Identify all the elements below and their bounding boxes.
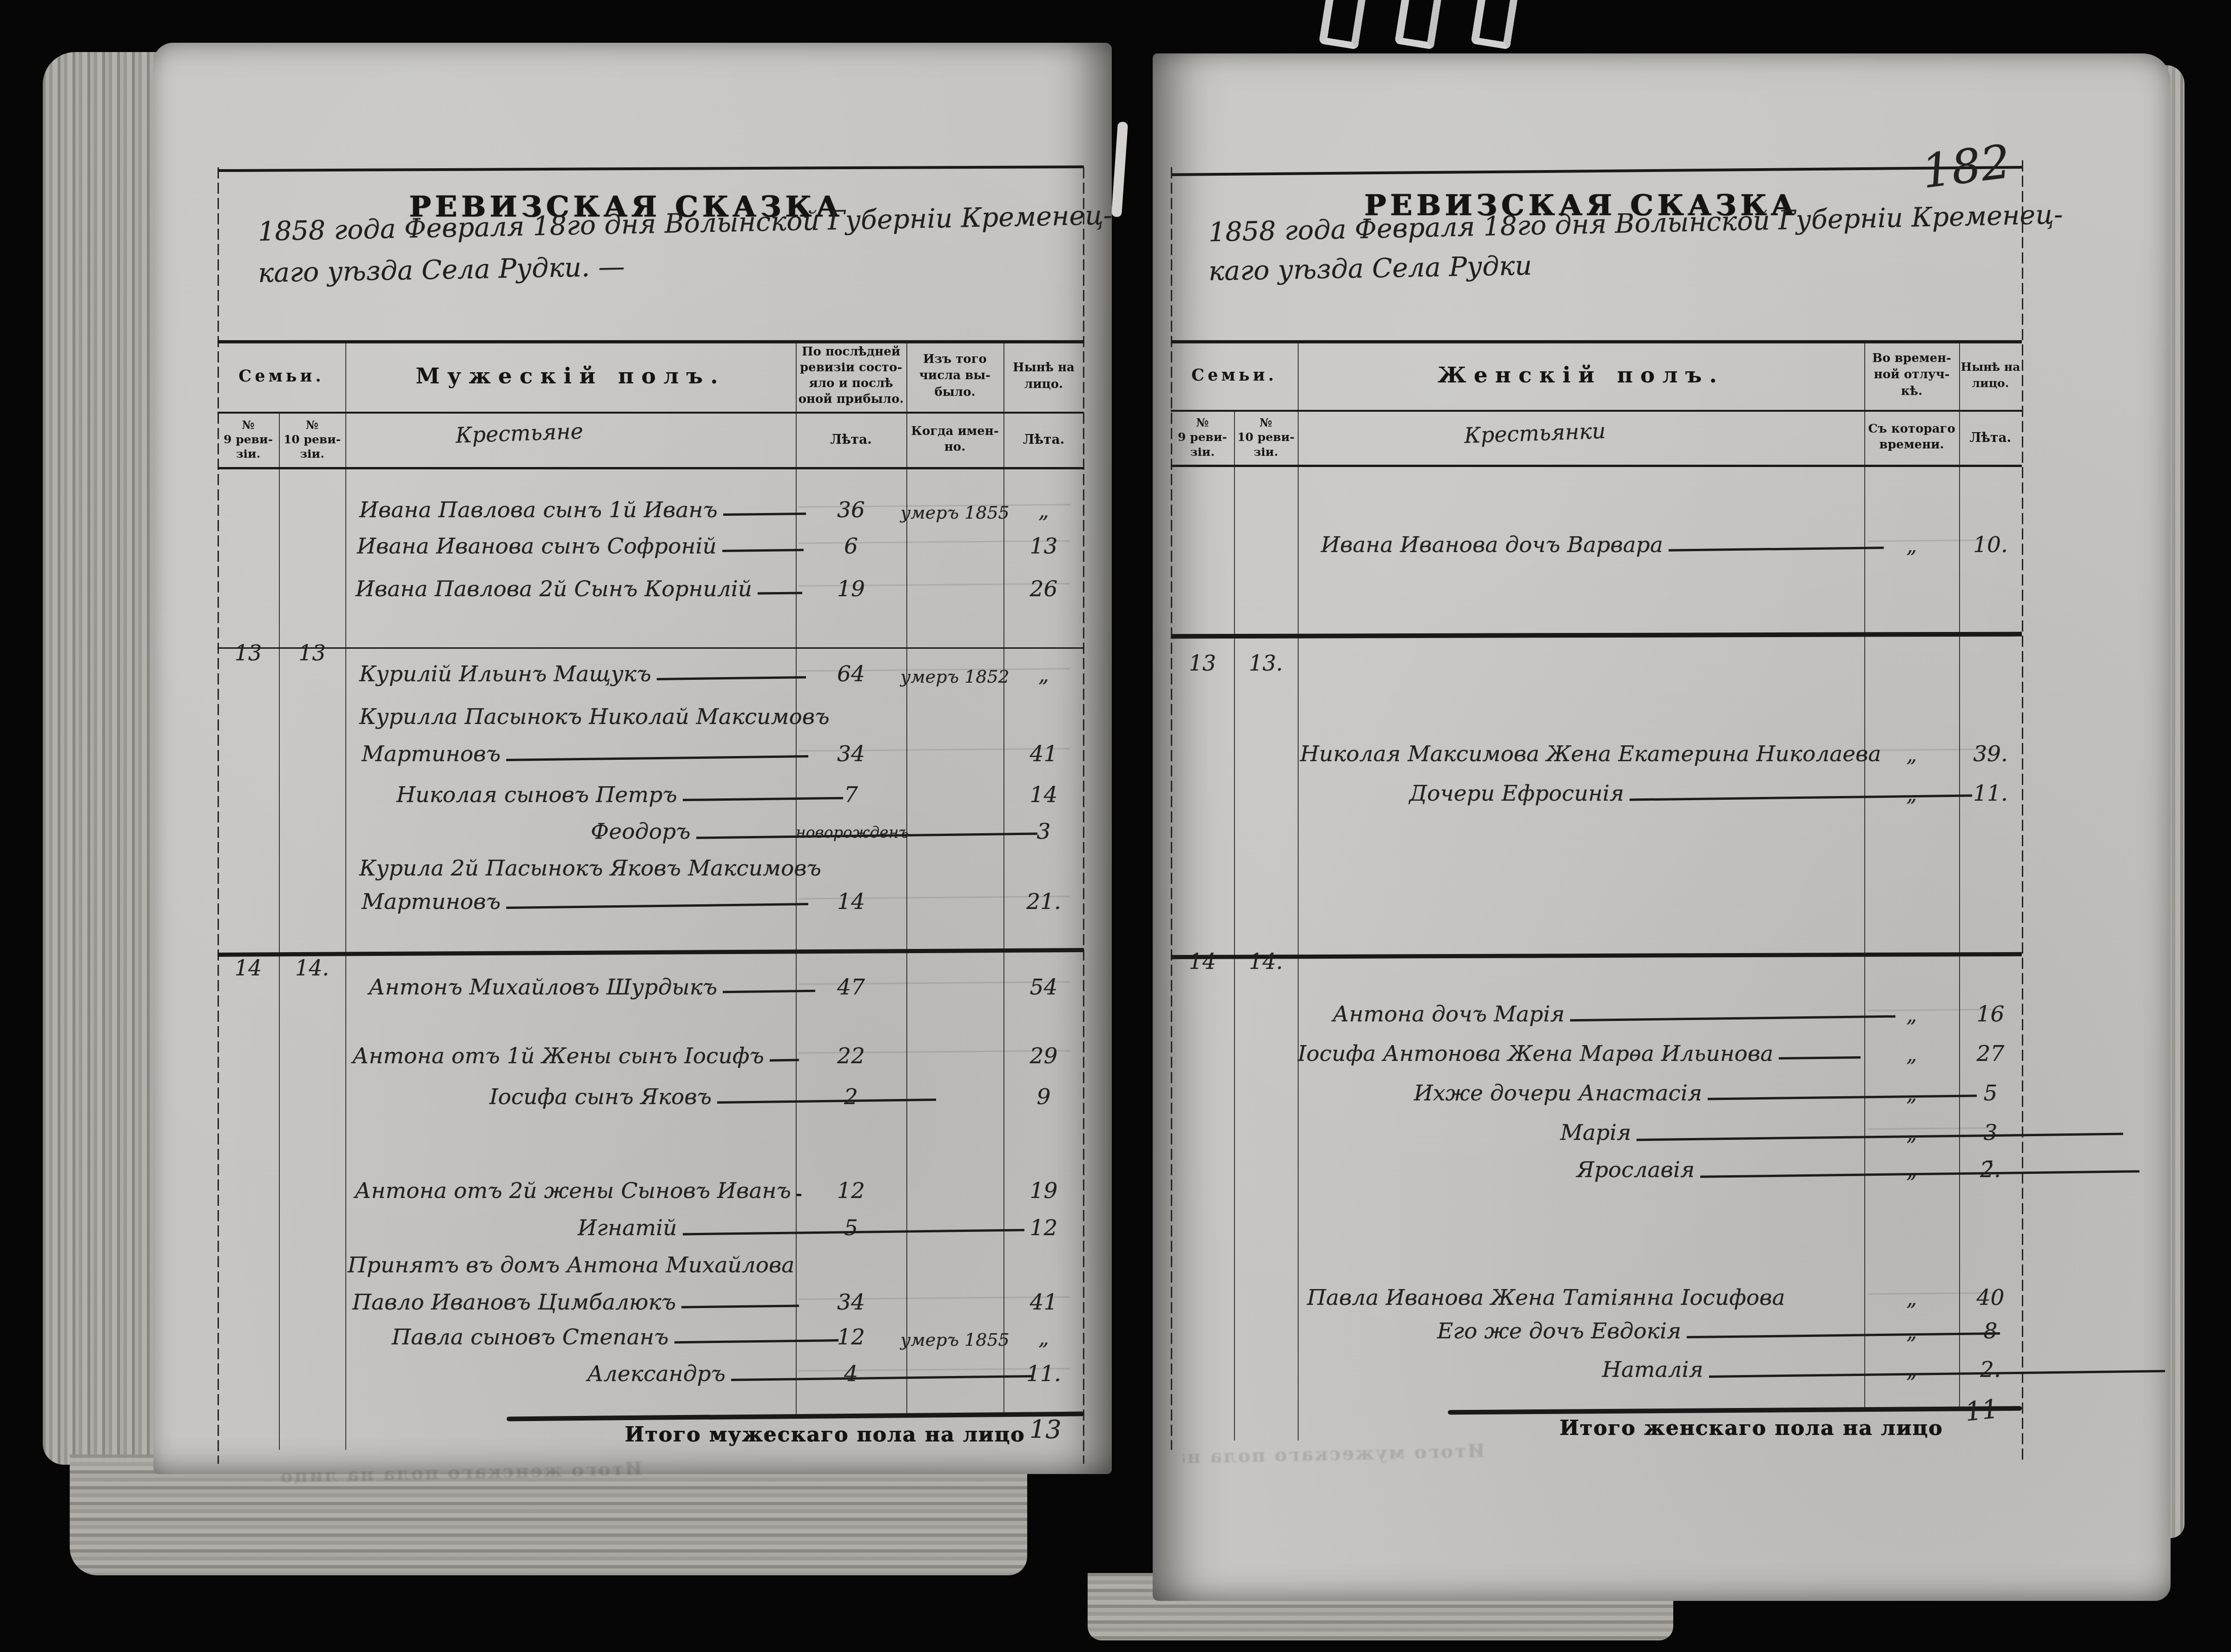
header-gender: Женскій полъ. — [1298, 340, 1864, 410]
header-absence: Во времен- ной отлуч- кѣ. — [1864, 340, 1959, 410]
header-present: Нынѣ на лицо. — [1959, 340, 2022, 410]
table-row: Ивана Иванова дочъ Варвара „ 10. — [1171, 511, 2022, 558]
table-row: Мартиновъ 34 41 — [218, 720, 1084, 767]
age-now: 2̄. — [1980, 1157, 2001, 1183]
ink-dash — [506, 755, 808, 761]
table-footer-total: 11 — [1964, 1391, 2027, 1427]
ink-dash — [657, 676, 806, 680]
header-bottom-rule — [218, 467, 1084, 469]
page-stack-left-edge — [43, 52, 161, 1465]
subheader-years: Лѣта. — [1959, 410, 2022, 465]
person-name: Антонъ Михайловъ Шурдыкъ — [369, 974, 717, 1000]
person-name: Ивана Иванова дочъ Варвара — [1321, 532, 1663, 558]
table-row: Дочери Ефросинія „ 11. — [1171, 760, 2022, 806]
family-number: 14 — [1171, 949, 1234, 974]
header-family: Семьи. — [1171, 340, 1298, 410]
date-line: каго уѣзда Села Рудки — [1208, 250, 1532, 287]
table-row: Наталія „ 2. — [1171, 1336, 2022, 1382]
absence-mark: „ — [1907, 534, 1917, 558]
age-last-revision: 47 — [837, 974, 865, 1000]
family-number: 14. — [1234, 949, 1298, 974]
person-name: Александръ — [587, 1361, 726, 1387]
gutter-paper-sliver — [1111, 121, 1128, 217]
person-name: Іосифа сынъ Яковъ — [489, 1084, 712, 1110]
table-row: Ивана Иванова сынъ Софроній 6 13 — [218, 513, 1084, 559]
person-name: Ивана Павлова 2й Сынъ Корнилій — [356, 576, 752, 602]
table-row: Мартиновъ 14 21. — [218, 868, 1084, 915]
table-row: Ивана Павлова 2й Сынъ Корнилій 19 26 — [218, 555, 1084, 602]
absence-mark: „ — [1907, 783, 1917, 806]
header-departed: Изъ того числа вы- было. — [906, 340, 1003, 412]
age-last-revision: 14 — [837, 889, 865, 915]
table-row: Антона отъ 1й Жены сынъ Іосифъ 22 29 — [218, 1022, 1084, 1069]
age-last-revision: 2 — [844, 1084, 858, 1110]
page-edge-mark — [1319, 0, 1366, 50]
table-row: Ярославія „ 2̄. — [1171, 1136, 2022, 1183]
table-row: Антонъ Михайловъ Шурдыкъ 47 54 — [218, 954, 1084, 1000]
age-now: 26 — [1030, 576, 1058, 602]
age-last-revision: 19 — [837, 576, 865, 602]
age-now: 54 — [1030, 974, 1058, 1000]
subheader-years: Лѣта. — [796, 412, 906, 467]
person-name: Ярославія — [1577, 1157, 1695, 1183]
absence-mark: „ — [1907, 1159, 1917, 1183]
person-name: Дочери Ефросинія — [1409, 781, 1624, 806]
age-now: 11. — [1026, 1361, 1061, 1387]
ink-dash — [770, 1059, 799, 1062]
person-name: Наталія — [1602, 1357, 1703, 1382]
subheader-estate: Крестьянки — [1464, 418, 1606, 448]
header-gender: Мужескій полъ. — [345, 340, 796, 412]
age-now: 11. — [1973, 781, 2008, 806]
column-divider — [1959, 340, 1960, 1410]
subheader-estate: Крестьяне — [455, 418, 583, 448]
table-footer-total: 13 — [1030, 1415, 1085, 1444]
header-last-revision: По послѣдней ревизіи состо- яло и послѣ … — [796, 340, 906, 412]
subheader-rev9: № 9 реви- зіи. — [1171, 410, 1234, 465]
ink-dash — [1779, 1056, 1861, 1060]
ink-dash — [1669, 546, 1884, 552]
header-family: Семьи. — [218, 340, 345, 412]
table-row: Александръ 4 11. — [218, 1340, 1084, 1387]
page-edge-mark — [1471, 0, 1518, 50]
age-now: 9 — [1037, 1084, 1051, 1110]
absence-mark: „ — [1907, 1359, 1917, 1382]
age-now: 10. — [1973, 532, 2008, 558]
family-number: 13. — [1234, 651, 1298, 676]
page-edge-mark — [1394, 0, 1441, 50]
scanned-book-spread: РЕВИЗСКАЯ СКАЗКА 1858 года Февраля 18го … — [0, 0, 2231, 1652]
ink-dash — [506, 903, 808, 909]
subheader-years2: Лѣта. — [1003, 412, 1084, 467]
subheader-rev10: № 10 реви- зіи. — [279, 412, 345, 467]
table-row: Курилій Ильинъ Мащукъ 64 умеръ 1852 „ — [218, 640, 1084, 687]
subheader-when: Когда имен- но. — [906, 412, 1003, 467]
table-footer-label: Итого мужескаго пола на лицо — [535, 1423, 1025, 1447]
age-now: 2. — [1980, 1357, 2001, 1382]
table-row: Іосифа сынъ Яковъ 2 9 — [218, 1063, 1084, 1110]
table-footer-label: Итого женскаго пола на лицо — [1413, 1416, 1943, 1440]
person-name: Мартиновъ — [362, 889, 501, 915]
age-last-revision: 4 — [844, 1361, 858, 1387]
subheader-rev9: № 9 реви- зіи. — [218, 412, 279, 467]
header-present: Нынѣ на лицо. — [1003, 340, 1084, 412]
subheader-rev10: № 10 реви- зіи. — [1234, 410, 1298, 465]
family-number: 13 — [1171, 651, 1234, 676]
date-line: каго уѣзда Села Рудки. — — [257, 251, 625, 289]
age-now: 21. — [1026, 889, 1061, 915]
subheader-since-when: Съ котораго времени. — [1864, 410, 1959, 465]
frame-right-border — [2022, 160, 2023, 1461]
ink-dash — [722, 549, 804, 552]
column-divider — [1864, 340, 1865, 1410]
